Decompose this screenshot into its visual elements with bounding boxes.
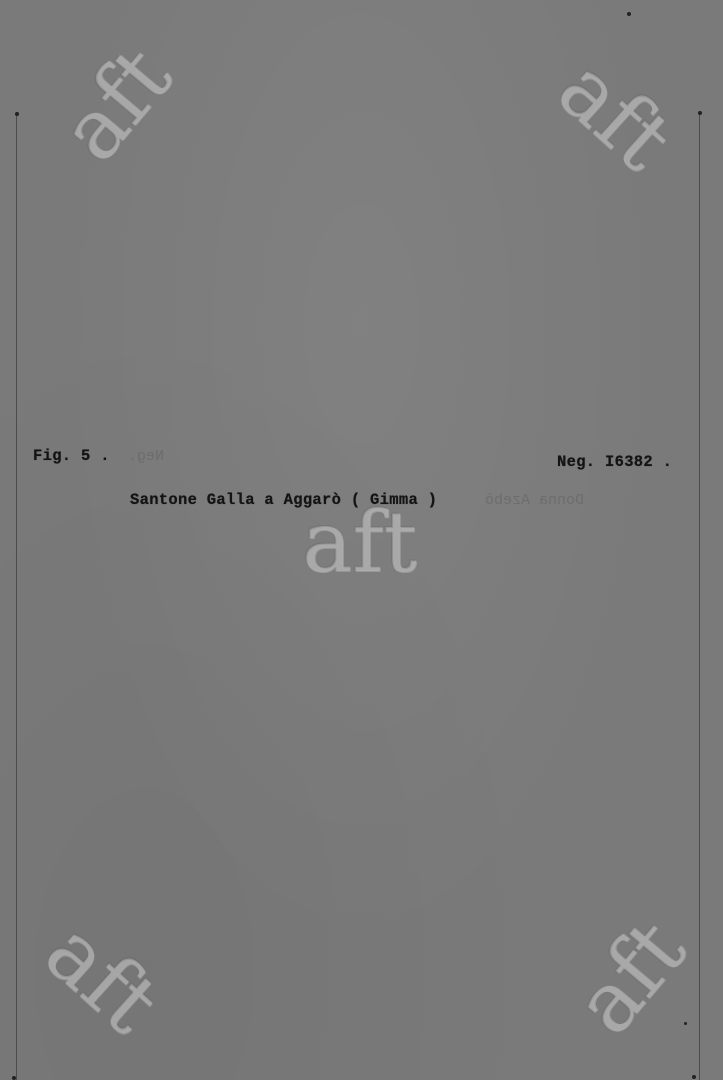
archive-card: Neg. Donna Azebò Fig. 5 . Neg. I6382 . S… bbox=[0, 0, 723, 1080]
figure-label: Fig. 5 . bbox=[33, 447, 110, 465]
caption-text: Santone Galla a Aggarò ( Gimma ) bbox=[130, 491, 437, 509]
watermark-center: aft bbox=[302, 500, 417, 584]
dust-speck bbox=[698, 111, 702, 115]
dust-speck bbox=[684, 1022, 687, 1025]
dust-speck bbox=[12, 1076, 16, 1080]
watermark-bottom-right: aft bbox=[560, 906, 698, 1048]
dust-speck bbox=[15, 112, 19, 116]
bleed-through-caption: Donna Azebò bbox=[485, 492, 584, 509]
negative-number: Neg. I6382 . bbox=[557, 453, 672, 471]
watermark-bottom-left: aft bbox=[32, 907, 174, 1046]
left-border-line bbox=[16, 112, 17, 1080]
bleed-through-figure: Neg. bbox=[128, 448, 164, 465]
dust-speck bbox=[627, 12, 631, 16]
dust-speck bbox=[692, 1075, 696, 1079]
watermark-top-left: aft bbox=[46, 33, 184, 175]
right-border-line bbox=[699, 112, 700, 1080]
watermark-top-right: aft bbox=[545, 44, 687, 183]
